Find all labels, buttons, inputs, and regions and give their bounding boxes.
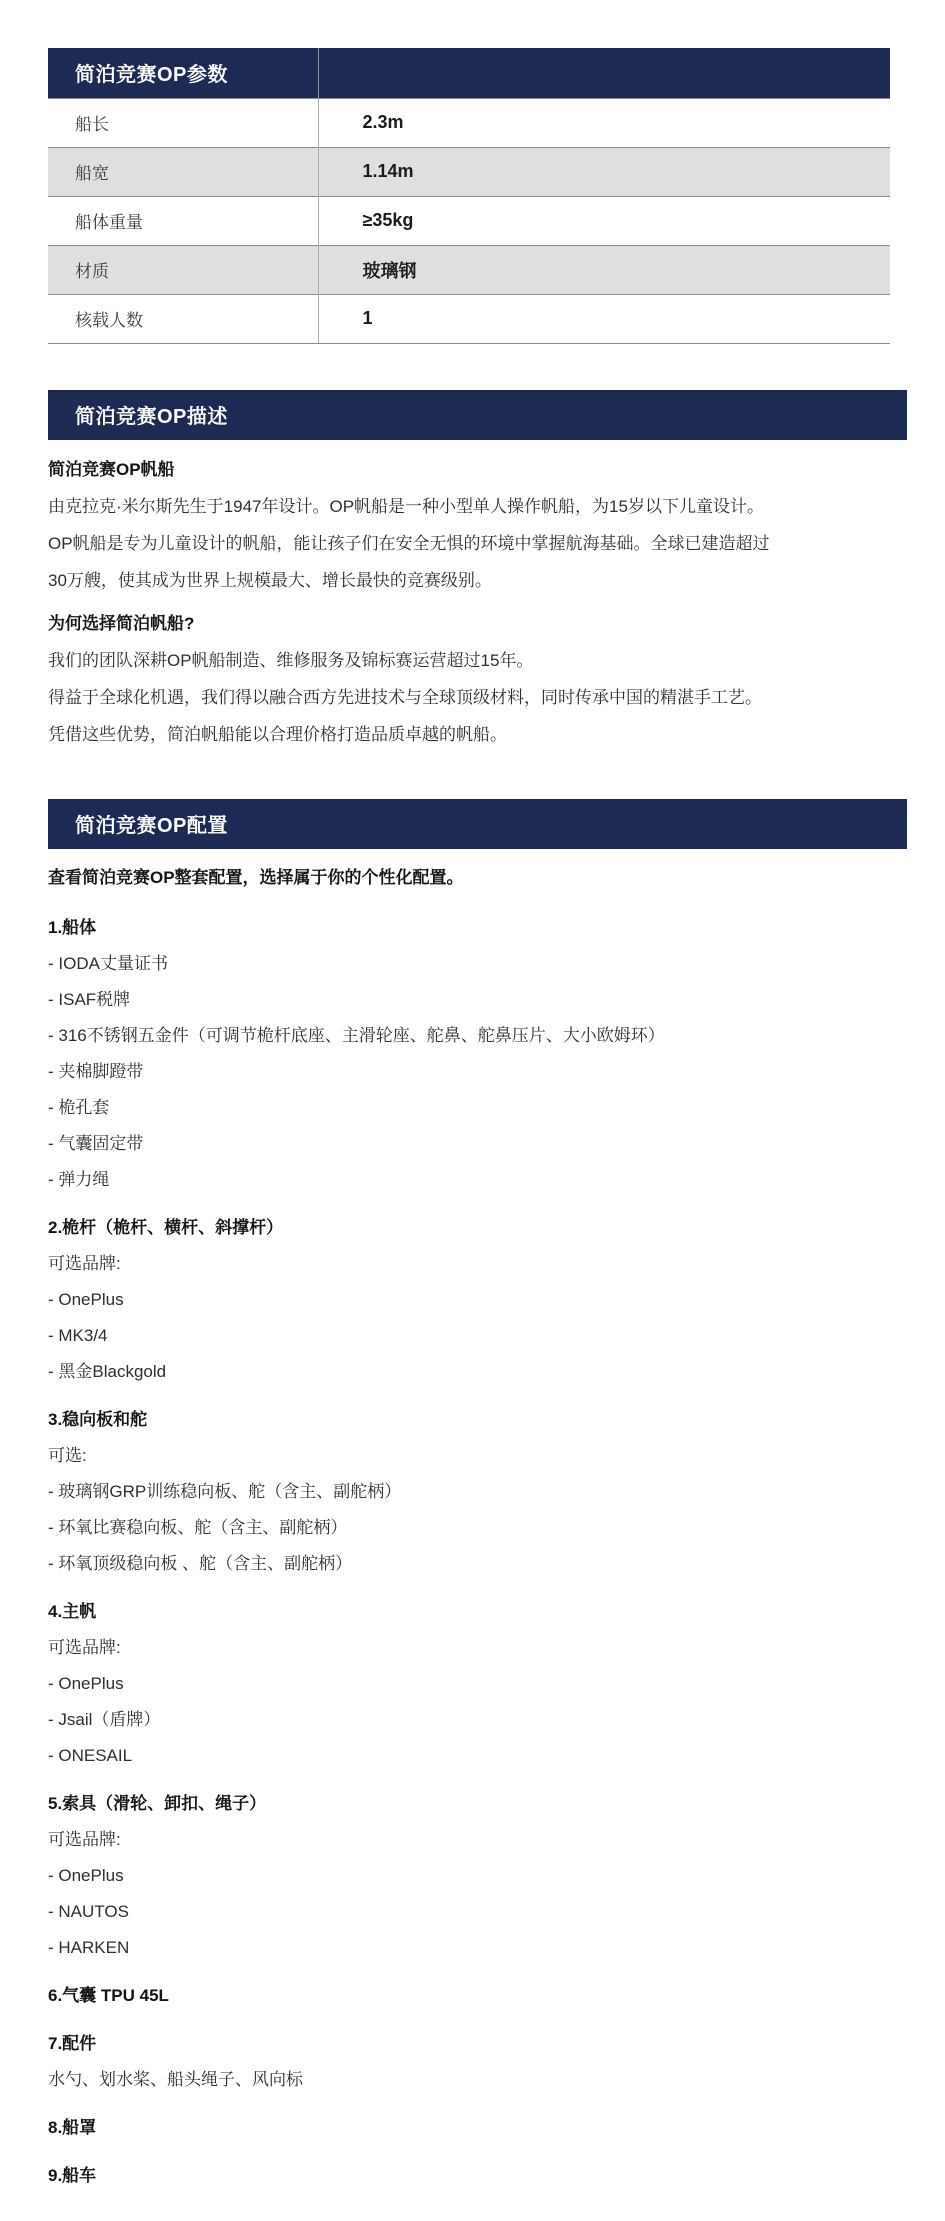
- config-text-line: 可选品牌:: [48, 1246, 907, 1282]
- config-text-line: - 环氧顶级稳向板 、舵（含主、副舵柄）: [48, 1546, 907, 1582]
- table-row: 船宽1.14m: [48, 147, 890, 196]
- param-value: 1.14m: [318, 147, 890, 196]
- config-text-line: 可选品牌:: [48, 1630, 907, 1666]
- config-text-line: - 桅孔套: [48, 1090, 907, 1126]
- param-label: 船宽: [48, 147, 318, 196]
- config-heading: 9.船车: [48, 2158, 907, 2194]
- param-label: 船体重量: [48, 196, 318, 245]
- config-heading: 5.索具（滑轮、卸扣、绳子）: [48, 1786, 907, 1822]
- param-value: 2.3m: [318, 98, 890, 147]
- description-text-line: 凭借这些优势，简泊帆船能以合理价格打造品质卓越的帆船。: [48, 716, 907, 753]
- config-text-line: - IODA丈量证书: [48, 946, 907, 982]
- config-text-line: - 316不锈钢五金件（可调节桅杆底座、主滑轮座、舵鼻、舵鼻压片、大小欧姆环）: [48, 1018, 907, 1054]
- config-section-title: 简泊竞赛OP配置: [75, 809, 228, 838]
- param-label: 材质: [48, 245, 318, 294]
- config-text-line: - ISAF税牌: [48, 982, 907, 1018]
- product-spec-page: 简泊竞赛OP参数 船长2.3m船宽1.14m船体重量≥35kg材质玻璃钢核载人数…: [0, 0, 945, 2194]
- config-text-line: - OnePlus: [48, 1282, 907, 1318]
- config-text-line: - MK3/4: [48, 1318, 907, 1354]
- config-text-line: - ONESAIL: [48, 1738, 907, 1774]
- config-heading: 3.稳向板和舵: [48, 1402, 907, 1438]
- config-text-line: - 气囊固定带: [48, 1126, 907, 1162]
- config-heading: 8.船罩: [48, 2110, 907, 2146]
- param-value: 1: [318, 294, 890, 343]
- table-row: 核载人数1: [48, 294, 890, 343]
- description-text-line: 得益于全球化机遇，我们得以融合西方先进技术与全球顶级材料，同时传承中国的精湛手工…: [48, 679, 907, 716]
- config-text-line: - 夹棉脚蹬带: [48, 1054, 907, 1090]
- config-text-line: - NAUTOS: [48, 1894, 907, 1930]
- config-heading: 7.配件: [48, 2026, 907, 2062]
- description-subheading: 为何选择简泊帆船?: [48, 605, 907, 642]
- params-table-body: 船长2.3m船宽1.14m船体重量≥35kg材质玻璃钢核载人数1: [48, 98, 890, 343]
- config-text-line: 可选品牌:: [48, 1822, 907, 1858]
- params-table: 简泊竞赛OP参数 船长2.3m船宽1.14m船体重量≥35kg材质玻璃钢核载人数…: [48, 48, 890, 344]
- description-section-bar: 简泊竞赛OP描述: [48, 390, 907, 440]
- table-row: 材质玻璃钢: [48, 245, 890, 294]
- description-text-line: OP帆船是专为儿童设计的帆船，能让孩子们在安全无惧的环境中掌握航海基础。全球已建…: [48, 525, 907, 562]
- params-table-header-empty: [318, 48, 890, 98]
- config-text-line: - 环氧比赛稳向板、舵（含主、副舵柄）: [48, 1510, 907, 1546]
- params-table-title: 简泊竞赛OP参数: [48, 48, 318, 98]
- config-intro: 查看简泊竞赛OP整套配置，选择属于你的个性化配置。: [48, 860, 907, 896]
- description-text-line: 由克拉克·米尔斯先生于1947年设计。OP帆船是一种小型单人操作帆船，为15岁以…: [48, 488, 907, 525]
- table-row: 船体重量≥35kg: [48, 196, 890, 245]
- config-text-line: - 玻璃钢GRP训练稳向板、舵（含主、副舵柄）: [48, 1474, 907, 1510]
- description-text-line: 30万艘，使其成为世界上规模最大、增长最快的竞赛级别。: [48, 562, 907, 599]
- config-text-line: - Jsail（盾牌）: [48, 1702, 907, 1738]
- config-text-line: - OnePlus: [48, 1858, 907, 1894]
- config-text-line: 可选:: [48, 1438, 907, 1474]
- config-text-line: 水勺、划水桨、船头绳子、风向标: [48, 2062, 907, 2098]
- param-label: 船长: [48, 98, 318, 147]
- table-row: 船长2.3m: [48, 98, 890, 147]
- description-section-title: 简泊竞赛OP描述: [75, 400, 228, 429]
- config-text-line: - HARKEN: [48, 1930, 907, 1966]
- config-text-line: - 弹力绳: [48, 1162, 907, 1198]
- params-table-header-row: 简泊竞赛OP参数: [48, 48, 890, 98]
- param-value: 玻璃钢: [318, 245, 890, 294]
- param-label: 核载人数: [48, 294, 318, 343]
- description-subheading: 简泊竞赛OP帆船: [48, 451, 907, 488]
- description-blocks: 简泊竞赛OP帆船由克拉克·米尔斯先生于1947年设计。OP帆船是一种小型单人操作…: [48, 451, 907, 753]
- config-blocks: 查看简泊竞赛OP整套配置，选择属于你的个性化配置。1.船体- IODA丈量证书-…: [48, 860, 907, 2194]
- config-heading: 4.主帆: [48, 1594, 907, 1630]
- param-value: ≥35kg: [318, 196, 890, 245]
- config-text-line: - OnePlus: [48, 1666, 907, 1702]
- config-section-bar: 简泊竞赛OP配置: [48, 799, 907, 849]
- config-heading: 2.桅杆（桅杆、横杆、斜撑杆）: [48, 1210, 907, 1246]
- config-text-line: - 黑金Blackgold: [48, 1354, 907, 1390]
- description-text-line: 我们的团队深耕OP帆船制造、维修服务及锦标赛运营超过15年。: [48, 642, 907, 679]
- config-heading: 6.气囊 TPU 45L: [48, 1978, 907, 2014]
- config-heading: 1.船体: [48, 910, 907, 946]
